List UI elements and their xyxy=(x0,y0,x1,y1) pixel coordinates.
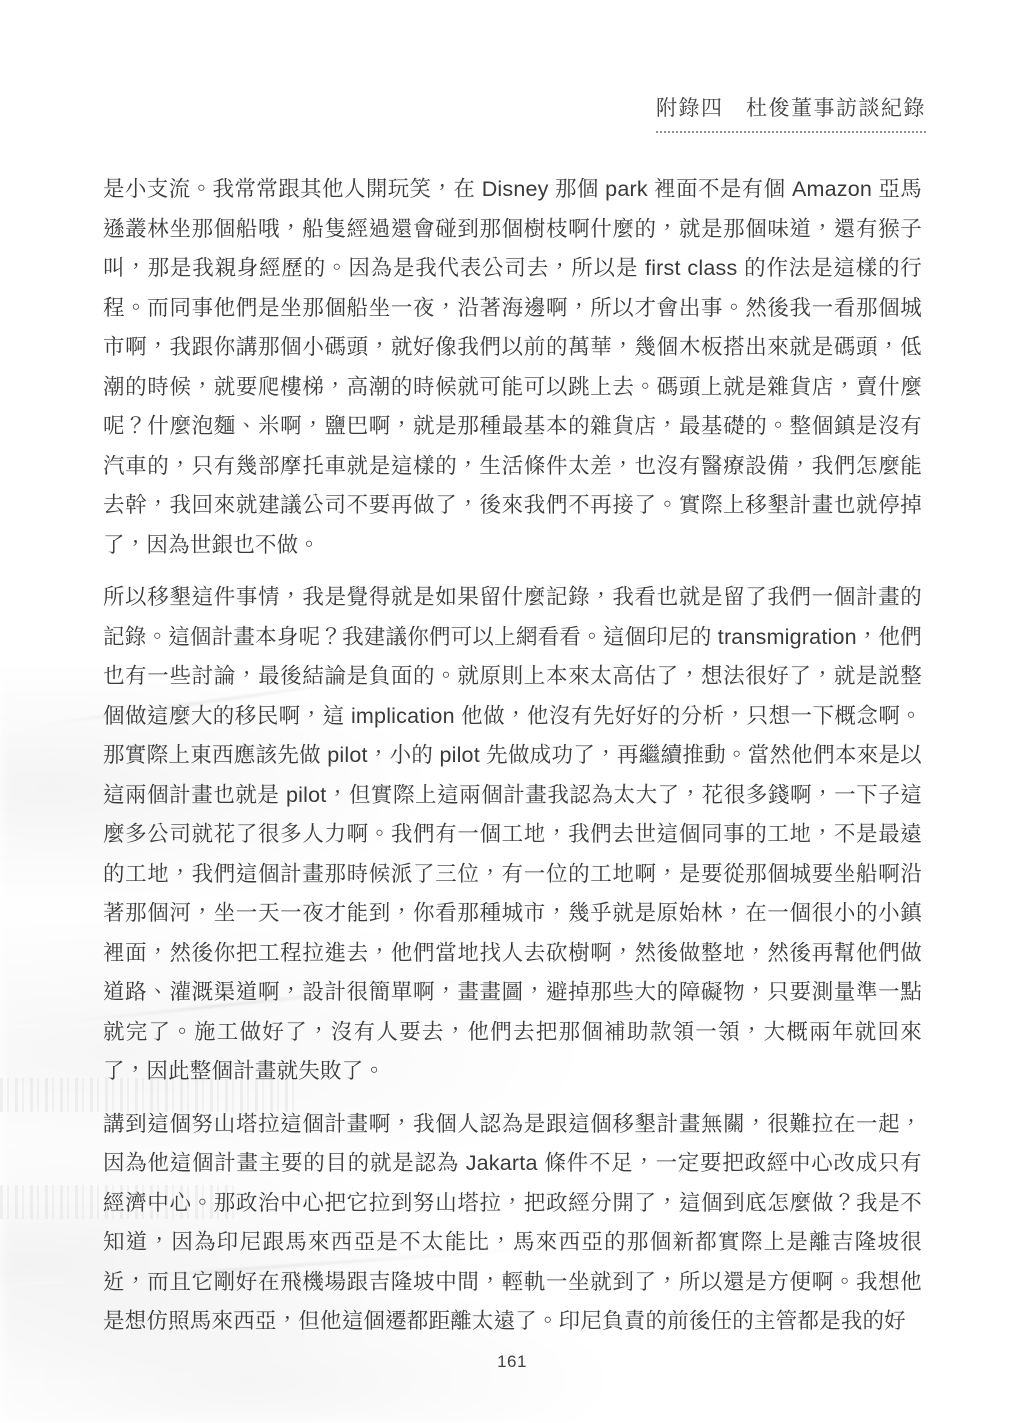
book-page: 附錄四 杜俊董事訪談紀錄 是小支流。我常常跟其他人開玩笑，在 Disney 那個… xyxy=(0,0,1024,1423)
page-header-title: 附錄四 杜俊董事訪談紀錄 xyxy=(656,92,926,133)
page-number: 161 xyxy=(0,1352,1024,1372)
body-paragraph: 所以移墾這件事情，我是覺得就是如果留什麼記錄，我看也就是留了我們一個計畫的記錄。… xyxy=(103,578,922,1092)
body-paragraph: 講到這個努山塔拉這個計畫啊，我個人認為是跟這個移墾計畫無關，很難拉在一起，因為他… xyxy=(103,1105,922,1342)
body-paragraph: 是小支流。我常常跟其他人開玩笑，在 Disney 那個 park 裡面不是有個 … xyxy=(103,170,922,565)
running-head: 附錄四 杜俊董事訪談紀錄 xyxy=(656,92,926,133)
body-text-block: 是小支流。我常常跟其他人開玩笑，在 Disney 那個 park 裡面不是有個 … xyxy=(103,170,922,1355)
